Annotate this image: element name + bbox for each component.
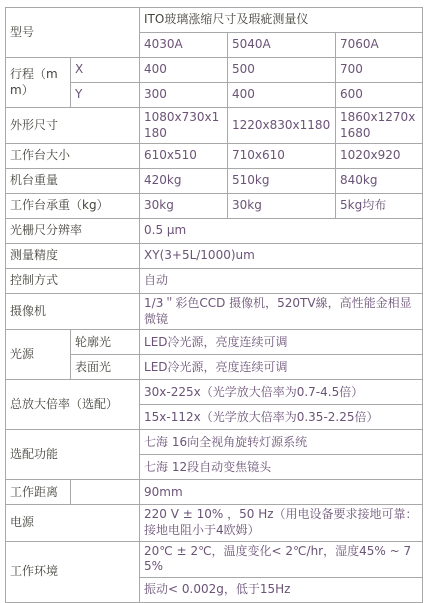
travel-value-cell: 700 (336, 58, 423, 83)
light-label-cell: 光源 (6, 330, 71, 380)
table-row: 总放大倍率（选配） 30x-225x（光学放大倍率为0.7-4.5倍） (6, 380, 423, 405)
spec-value-cell: 30kg (228, 194, 336, 219)
table-row: 机台重量 420kg 510kg 840kg (6, 169, 423, 194)
table-row: 行程（mm） X 400 500 700 (6, 58, 423, 83)
spec-value-cell: 510kg (228, 169, 336, 194)
table-row: 电源 220 V ± 10% ，50 Hz（用电设备要求接地可靠：接地电阻小于4… (6, 505, 423, 541)
spec-value-cell: 1/3＂彩色CCD 摄像机，520TV線，高性能金相显微镜 (140, 294, 423, 330)
light-type-cell: 轮廓光 (71, 330, 140, 355)
spec-value-cell: 1860x1270x1680 (336, 108, 423, 144)
table-row: 摄像机 1/3＂彩色CCD 摄像机，520TV線，高性能金相显微镜 (6, 294, 423, 330)
table-row: 工作台大小 610x510 710x610 1020x920 (6, 144, 423, 169)
spec-value-cell: 420kg (140, 169, 228, 194)
spec-label-cell: 测量精度 (6, 244, 140, 269)
light-type-cell: 表面光 (71, 355, 140, 380)
spec-label-cell: 工作台承重（kg） (6, 194, 140, 219)
table-row: 型号 ITO玻璃涨缩尺寸及瑕疵测量仪 (6, 8, 423, 33)
table-title: ITO玻璃涨缩尺寸及瑕疵测量仪 (140, 8, 423, 33)
spec-value-cell: 840kg (336, 169, 423, 194)
travel-axis-cell: X (71, 58, 140, 83)
spec-value-cell: 610x510 (140, 144, 228, 169)
environment-label-cell: 工作环境 (6, 541, 140, 602)
table-row: 光栅尺分辨率 0.5 μm (6, 219, 423, 244)
spec-value-cell: 1020x920 (336, 144, 423, 169)
model-cell: 7060A (336, 33, 423, 58)
power-label-cell: 电源 (6, 505, 140, 541)
table-row: 控制方式 自动 (6, 269, 423, 294)
spec-label-cell: 光栅尺分辨率 (6, 219, 140, 244)
travel-value-cell: 300 (140, 83, 228, 108)
magnification-value-cell: 15x-112x（光学放大倍率为0.35-2.25倍） (140, 405, 423, 430)
magnification-label-cell: 总放大倍率（选配） (6, 380, 140, 430)
table-row: 工作距离 90mm (6, 480, 423, 505)
spec-value-cell: 1220x830x1180 (228, 108, 336, 144)
models-label-cell: 型号 (6, 8, 140, 58)
spec-value-cell: 0.5 μm (140, 219, 423, 244)
working-distance-empty-cell (71, 480, 140, 505)
travel-axis-cell: Y (71, 83, 140, 108)
spec-label-cell: 控制方式 (6, 269, 140, 294)
magnification-value-cell: 30x-225x（光学放大倍率为0.7-4.5倍） (140, 380, 423, 405)
travel-value-cell: 400 (228, 83, 336, 108)
table-row: 选配功能 七海 16向全视角旋转灯源系统 (6, 430, 423, 455)
table-row: 光源 轮廓光 LED冷光源，亮度连续可调 (6, 330, 423, 355)
optional-value-cell: 七海 16向全视角旋转灯源系统 (140, 430, 423, 455)
light-value-cell: LED冷光源，亮度连续可调 (140, 355, 423, 380)
working-distance-value-cell: 90mm (140, 480, 423, 505)
working-distance-label-cell: 工作距离 (6, 480, 71, 505)
environment-value-cell: 20℃ ± 2℃，温度变化< 2℃/hr，湿度45% ~ 75% (140, 541, 423, 577)
table-row: 测量精度 XY(3+5L/1000)um (6, 244, 423, 269)
spec-value-cell: 710x610 (228, 144, 336, 169)
travel-value-cell: 600 (336, 83, 423, 108)
spec-label-cell: 摄像机 (6, 294, 140, 330)
table-row: 工作台承重（kg） 30kg 30kg 5kg均布 (6, 194, 423, 219)
spec-label-cell: 工作台大小 (6, 144, 140, 169)
optional-label-cell: 选配功能 (6, 430, 140, 480)
power-value-cell: 220 V ± 10% ，50 Hz（用电设备要求接地可靠：接地电阻小于4欧姆） (140, 505, 423, 541)
model-cell: 4030A (140, 33, 228, 58)
spec-value-cell: 30kg (140, 194, 228, 219)
table-row: 外形尺寸 1080x730x1180 1220x830x1180 1860x12… (6, 108, 423, 144)
spec-value-cell: 1080x730x1180 (140, 108, 228, 144)
model-cell: 5040A (228, 33, 336, 58)
spec-value-cell: XY(3+5L/1000)um (140, 244, 423, 269)
spec-label-cell: 机台重量 (6, 169, 140, 194)
optional-value-cell: 七海 12段自动变焦镜头 (140, 455, 423, 480)
spec-value-cell: 5kg均布 (336, 194, 423, 219)
environment-value-cell: 振动< 0.002g，低于15Hz (140, 577, 423, 602)
travel-value-cell: 500 (228, 58, 336, 83)
light-value-cell: LED冷光源，亮度连续可调 (140, 330, 423, 355)
spec-table: 型号 ITO玻璃涨缩尺寸及瑕疵测量仪 4030A 5040A 7060A 行程（… (5, 7, 423, 603)
table-row: 工作环境 20℃ ± 2℃，温度变化< 2℃/hr，湿度45% ~ 75% (6, 541, 423, 577)
travel-value-cell: 400 (140, 58, 228, 83)
spec-label-cell: 外形尺寸 (6, 108, 140, 144)
spec-value-cell: 自动 (140, 269, 423, 294)
travel-label-cell: 行程（mm） (6, 58, 71, 108)
